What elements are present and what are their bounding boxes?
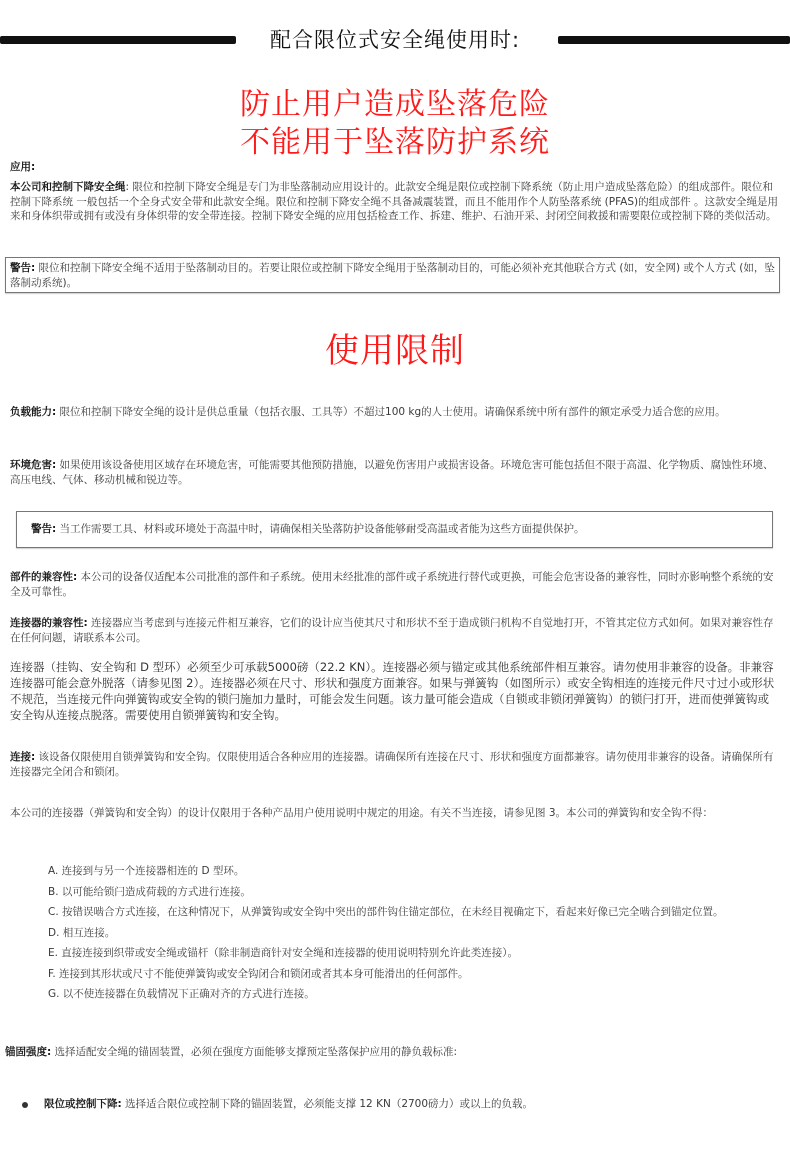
warning-box-2: 警告: 当工作需要工具、材料或环境处于高温中时，请确保相关坠落防护设备能够耐受高… [16,511,773,548]
connections-paragraph: 连接: 该设备仅限使用自锁弹簧钩和安全钩。仅限使用适合各种应用的连接器。请确保所… [10,750,780,779]
list-item: A. 连接到与另一个连接器相连的 D 型环。 [48,864,788,879]
list-item: C. 按错误啮合方式连接，在这种情况下，从弹簧钩或安全钩中突出的部件钩住锚定部位… [48,905,788,920]
environmental-hazards-label: 环境危害: [10,459,56,471]
section-label-application: 应用: [10,160,35,175]
connector-design-paragraph: 本公司的连接器（弹簧钩和安全钩）的设计仅限用于各种产品用户使用说明中规定的用途。… [10,806,780,821]
connections-label: 连接: [10,751,35,763]
header-rule-right [558,36,790,44]
warning-label: 警告: [10,262,35,274]
warning-text: 当工作需要工具、材料或环境处于高温中时，请确保相关坠落防护设备能够耐受高温或者能… [56,523,584,535]
connector-compatibility-label: 连接器的兼容性: [10,617,88,629]
load-capacity-label: 负载能力: [10,406,56,418]
application-body: : 限位和控制下降安全绳是专门为非坠落制动应用设计的。此款安全绳是限位或控制下降… [10,181,778,222]
anchorage-strength-label: 锚固强度: [5,1046,51,1058]
anchorage-bullet-item: 限位或控制下降: 选择适合限位或控制下降的锚固装置，必须能支撑 12 KN（27… [44,1097,774,1112]
connector-strength-paragraph: 连接器（挂钩、安全钩和 D 型环）必须至少可承载5000磅（22.2 KN）。连… [10,659,780,723]
warning-label: 警告: [31,523,56,535]
prohibited-connections-list: A. 连接到与另一个连接器相连的 D 型环。 B. 以可能给锁闩造成荷载的方式进… [48,864,788,1008]
header-rule-left [0,36,236,44]
page-title: 配合限位式安全绳使用时: [240,24,550,54]
red-heading-line1: 防止用户造成坠落危险 [0,86,790,124]
anchorage-strength-paragraph: 锚固强度: 选择适配安全绳的锚固装置，必须在强度方面能够支撑预定坠落保护应用的静… [5,1045,775,1060]
list-item: B. 以可能给锁闩造成荷载的方式进行连接。 [48,885,788,900]
red-heading-line2: 不能用于坠落防护系统 [0,124,790,162]
load-capacity-paragraph: 负载能力: 限位和控制下降安全绳的设计是供总重量（包括衣服、工具等）不超过100… [10,405,780,420]
component-compatibility-label: 部件的兼容性: [10,571,77,583]
component-compatibility-paragraph: 部件的兼容性: 本公司的设备仅适配本公司批准的部件和子系统。使用未经批准的部件或… [10,570,780,599]
list-item: F. 连接到其形状或尺寸不能使弹簧钩或安全钩闭合和锁闭或者其本身可能滑出的任何部… [48,967,788,982]
list-item: D. 相互连接。 [48,926,788,941]
application-paragraph: 本公司和控制下降安全绳: 限位和控制下降安全绳是专门为非坠落制动应用设计的。此款… [10,180,780,224]
usage-limits-heading: 使用限制 [0,332,790,370]
connector-compatibility-paragraph: 连接器的兼容性: 连接器应当考虑到与连接元件相互兼容，它们的设计应当使其尺寸和形… [10,616,780,645]
anchorage-bullet-label: 限位或控制下降: [44,1098,122,1110]
list-item: E. 直接连接到织带或安全绳或锚杆（除非制造商针对安全绳和连接器的使用说明特别允… [48,946,788,961]
warning-text: 限位和控制下降安全绳不适用于坠落制动目的。若要让限位或控制下降安全绳用于坠落制动… [10,262,775,289]
environmental-hazards-paragraph: 环境危害: 如果使用该设备使用区域存在环境危害，可能需要其他预防措施，以避免伤害… [10,458,780,487]
application-lead: 本公司和控制下降安全绳 [10,181,126,193]
list-item: G. 以不使连接器在负载情况下正确对齐的方式进行连接。 [48,987,788,1002]
bullet-icon [22,1102,28,1108]
warning-box-1: 警告: 限位和控制下降安全绳不适用于坠落制动目的。若要让限位或控制下降安全绳用于… [5,257,780,293]
